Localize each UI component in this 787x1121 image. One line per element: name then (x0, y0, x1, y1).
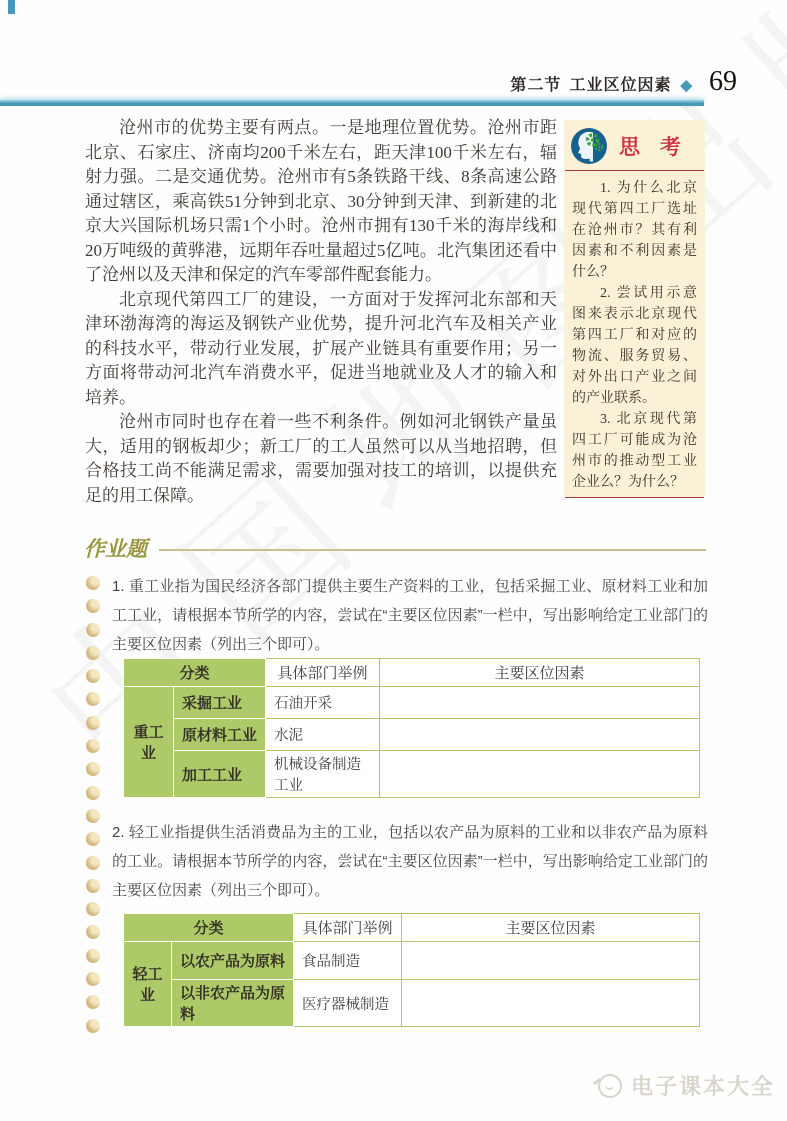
article-paragraph: 北京现代第四工厂的建设，一方面对于发挥河北东部和天津环渤海湾的海运及钢铁产业优势… (85, 288, 557, 411)
section-heading: 第二节工业区位因素◆ (510, 72, 693, 95)
table-row: 加工工业 机械设备制造工业 (124, 751, 700, 798)
binding-dot (86, 646, 100, 660)
subcategory-cell: 以农产品为原料 (172, 942, 294, 980)
table-row: 轻工业 以农产品为原料 食品制造 (124, 942, 700, 980)
example-cell: 石油开采 (266, 687, 380, 719)
diamond-icon: ◆ (680, 77, 693, 94)
think-header: 思 考 (564, 120, 705, 170)
binding-dot (86, 879, 100, 893)
table-header-example: 具体部门举例 (266, 659, 380, 687)
margin-dots (86, 576, 100, 1033)
binding-dot (86, 925, 100, 939)
binding-dot (86, 856, 100, 870)
homework-question-2: 2. 轻工业指提供生活消费品为主的工业，包括以农产品为原料的工业和以非农产品为原… (112, 818, 708, 905)
binding-dot (86, 949, 100, 963)
binding-dot (86, 623, 100, 637)
homework-question-1: 1. 重工业指为国民经济各部门提供主要生产资料的工业，包括采掘工业、原材料工业和… (112, 572, 708, 659)
think-question: 3. 北京现代第四工厂可能成为沧州市的推动型工业企业么？为什么？ (572, 409, 697, 493)
heavy-industry-table: 分类 具体部门举例 主要区位因素 重工业 采掘工业 石油开采 原材料工业 水泥 … (123, 658, 700, 798)
article-paragraph: 沧州市同时也存在着一些不利条件。例如河北钢铁产量虽大，适用的钢板却少；新工厂的工… (85, 410, 557, 508)
group-cell: 重工业 (124, 687, 174, 798)
factors-cell-blank[interactable] (380, 719, 700, 751)
binding-dot (86, 902, 100, 916)
page-number: 69 (709, 68, 737, 96)
think-sidebar: 思 考 1. 为什么北京现代第四工厂选址在沧州市？其有利因素和不利因素是什么？ … (564, 120, 705, 498)
article-paragraph: 沧州市的优势主要有两点。一是地理位置优势。沧州市距北京、石家庄、济南均200千米… (85, 116, 557, 288)
think-title: 思 考 (619, 131, 688, 161)
binding-dot (86, 739, 100, 753)
light-industry-table: 分类 具体部门举例 主要区位因素 轻工业 以农产品为原料 食品制造 以非农产品为… (123, 913, 700, 1027)
factors-cell-blank[interactable] (380, 687, 700, 719)
binding-dot (86, 762, 100, 776)
subcategory-cell: 采掘工业 (174, 687, 266, 719)
table-header-category: 分类 (124, 659, 266, 687)
article-text: 沧州市的优势主要有两点。一是地理位置优势。沧州市距北京、石家庄、济南均200千米… (85, 116, 557, 508)
think-question: 2. 尝试用示意图来表示北京现代第四工厂和对应的物流、服务贸易、对外出口产业之间… (572, 283, 697, 409)
example-cell: 水泥 (266, 719, 380, 751)
factors-cell-blank[interactable] (402, 980, 700, 1027)
textbook-page: 中国地图出版社 第二节工业区位因素◆ 69 沧州市的优势主要有两点。一是地理位置… (0, 0, 787, 1121)
binding-dot (86, 599, 100, 613)
example-cell: 食品制造 (294, 942, 402, 980)
group-cell: 轻工业 (124, 942, 172, 1027)
binding-dot (86, 669, 100, 683)
table-row: 以非农产品为原料 医疗器械制造 (124, 980, 700, 1027)
section-label: 第二节 (510, 77, 561, 94)
table-row: 重工业 采掘工业 石油开采 (124, 687, 700, 719)
binding-dot (86, 692, 100, 706)
example-cell: 机械设备制造工业 (266, 751, 380, 798)
subcategory-cell: 加工工业 (174, 751, 266, 798)
section-title: 工业区位因素 (569, 77, 671, 94)
table-header-factors: 主要区位因素 (402, 914, 700, 942)
homework-title: 作业题 (84, 533, 147, 563)
binding-dot (86, 809, 100, 823)
binding-dot (86, 786, 100, 800)
binding-dot (86, 1019, 100, 1033)
page-header: 第二节工业区位因素◆ 69 (0, 68, 737, 96)
example-cell: 医疗器械制造 (294, 980, 402, 1027)
think-questions: 1. 为什么北京现代第四工厂选址在沧州市？其有利因素和不利因素是什么？ 2. 尝… (564, 171, 705, 497)
brand-footer: 电子课本大全 (598, 1070, 775, 1101)
table-header-factors: 主要区位因素 (380, 659, 700, 687)
binding-dot (86, 716, 100, 730)
think-rule-bottom (565, 497, 704, 498)
table-header-example: 具体部门举例 (294, 914, 402, 942)
subcategory-cell: 以非农产品为原料 (172, 980, 294, 1027)
think-question: 1. 为什么北京现代第四工厂选址在沧州市？其有利因素和不利因素是什么？ (572, 178, 697, 283)
head-gears-icon (570, 127, 608, 165)
table-header-category: 分类 (124, 914, 294, 942)
binding-dot (86, 972, 100, 986)
binding-dot (86, 832, 100, 846)
homework-rule (159, 549, 706, 551)
corner-mark (8, 0, 15, 14)
brand-logo-icon (598, 1074, 622, 1098)
binding-dot (86, 576, 100, 590)
brand-watermark: 电子课本大全 (631, 1070, 775, 1101)
factors-cell-blank[interactable] (402, 942, 700, 980)
homework-header: 作业题 (84, 533, 706, 563)
factors-cell-blank[interactable] (380, 751, 700, 798)
header-rule (0, 100, 704, 106)
binding-dot (86, 995, 100, 1009)
table-row: 原材料工业 水泥 (124, 719, 700, 751)
subcategory-cell: 原材料工业 (174, 719, 266, 751)
